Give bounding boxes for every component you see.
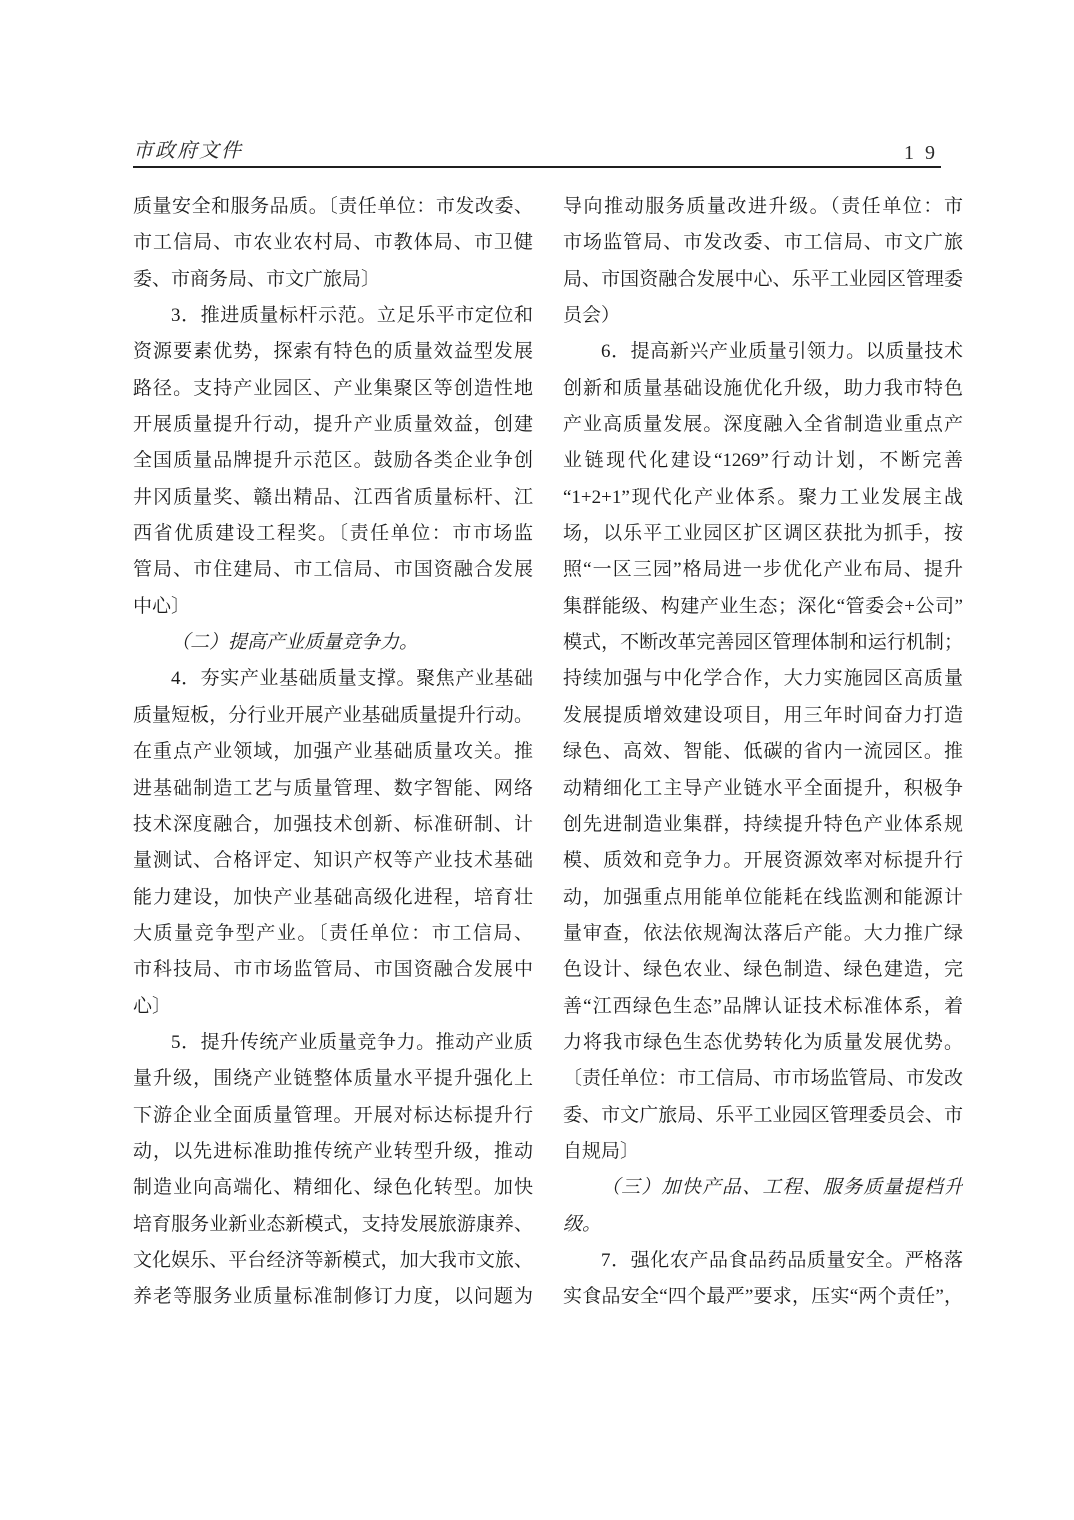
- text-line: 〔责任单位：市工信局、市市场监管局、市发改: [563, 1061, 963, 1097]
- text-line: 文化娱乐、平台经济等新模式，加大我市文旅、: [133, 1243, 533, 1279]
- text-line: 中心〕: [133, 589, 533, 625]
- text-line: 资源要素优势，探索有特色的质量效益型发展: [133, 334, 533, 370]
- text-line: 集群能级、构建产业生态；深化“管委会+公司”: [563, 589, 963, 625]
- text-line: 发展提质增效建设项目，用三年时间奋力打造: [563, 698, 963, 734]
- header-rule: [133, 166, 941, 168]
- text-line: 大质量竞争型产业。〔责任单位：市工信局、: [133, 916, 533, 952]
- text-line: 自规局〕: [563, 1134, 963, 1170]
- text-line: 模式，不断改革完善园区管理体制和运行机制；: [563, 625, 963, 661]
- text-line: 创新和质量基础设施优化升级，助力我市特色: [563, 371, 963, 407]
- text-line: 导向推动服务质量改进升级。（责任单位：市: [563, 189, 963, 225]
- text-line: 实食品安全“四个最严”要求，压实“两个责任”，: [563, 1279, 963, 1315]
- text-line: 质量安全和服务品质。〔责任单位：市发改委、: [133, 189, 533, 225]
- text-line: 全国质量品牌提升示范区。鼓励各类企业争创: [133, 443, 533, 479]
- text-line: 市工信局、市农业农村局、市教体局、市卫健: [133, 225, 533, 261]
- text-line: 绿色、高效、智能、低碳的省内一流园区。推: [563, 734, 963, 770]
- heading-line: （三）加快产品、工程、服务质量提档升: [563, 1170, 963, 1206]
- right-column: 导向推动服务质量改进升级。（责任单位：市市场监管局、市发改委、市工信局、市文广旅…: [563, 189, 963, 1316]
- text-line: 产业高质量发展。深度融入全省制造业重点产: [563, 407, 963, 443]
- document-page: 市政府文件 1 9 质量安全和服务品质。〔责任单位：市发改委、市工信局、市农业农…: [0, 0, 1074, 1520]
- page-number: 1 9: [904, 142, 938, 165]
- text-line: 西省优质建设工程奖。〔责任单位：市市场监: [133, 516, 533, 552]
- text-line: 5．提升传统产业质量竞争力。推动产业质: [133, 1025, 533, 1061]
- text-line: 养老等服务业质量标准制修订力度，以问题为: [133, 1279, 533, 1315]
- text-line: 量测试、合格评定、知识产权等产业技术基础: [133, 843, 533, 879]
- text-line: 动精细化工主导产业链水平全面提升，积极争: [563, 771, 963, 807]
- text-line: 量升级，围绕产业链整体质量水平提升强化上: [133, 1061, 533, 1097]
- paragraph: 4．夯实产业基础质量支撑。聚焦产业基础质量短板，分行业开展产业基础质量提升行动。…: [133, 661, 533, 1024]
- section-heading: （三）加快产品、工程、服务质量提档升级。: [563, 1170, 963, 1243]
- paragraph: 5．提升传统产业质量竞争力。推动产业质量升级，围绕产业链整体质量水平提升强化上下…: [133, 1025, 533, 1316]
- paragraph: 6．提高新兴产业质量引领力。以质量技术创新和质量基础设施优化升级，助力我市特色产…: [563, 334, 963, 1170]
- text-line: 色设计、绿色农业、绿色制造、绿色建造，完: [563, 952, 963, 988]
- text-line: 量审查，依法依规淘汰落后产能。大力推广绿: [563, 916, 963, 952]
- text-line: 井冈质量奖、赣出精品、江西省质量标杆、江: [133, 480, 533, 516]
- text-line: 动，以先进标准助推传统产业转型升级，推动: [133, 1134, 533, 1170]
- text-line: 在重点产业领域，加强产业基础质量攻关。推: [133, 734, 533, 770]
- heading-line: 级。: [563, 1207, 963, 1243]
- text-line: 照“一区三园”格局进一步优化产业布局、提升: [563, 552, 963, 588]
- text-line: 员会）: [563, 298, 963, 334]
- text-line: 业链现代化建设“1269”行动计划，不断完善: [563, 443, 963, 479]
- text-line: 创先进制造业集群，持续提升特色产业体系规: [563, 807, 963, 843]
- text-line: 下游企业全面质量管理。开展对标达标提升行: [133, 1098, 533, 1134]
- text-line: 进基础制造工艺与质量管理、数字智能、网络: [133, 771, 533, 807]
- text-line: 心〕: [133, 989, 533, 1025]
- text-line: 模、质效和竞争力。开展资源效率对标提升行: [563, 843, 963, 879]
- paragraph: 3．推进质量标杆示范。立足乐平市定位和资源要素优势，探索有特色的质量效益型发展路…: [133, 298, 533, 625]
- header-doc-type: 市政府文件: [133, 134, 243, 163]
- text-line: 场，以乐平工业园区扩区调区获批为抓手，按: [563, 516, 963, 552]
- text-line: 4．夯实产业基础质量支撑。聚焦产业基础: [133, 661, 533, 697]
- text-line: “1+2+1”现代化产业体系。聚力工业发展主战: [563, 480, 963, 516]
- text-line: 开展质量提升行动，提升产业质量效益，创建: [133, 407, 533, 443]
- text-line: 培育服务业新业态新模式，支持发展旅游康养、: [133, 1207, 533, 1243]
- text-line: 技术深度融合，加强技术创新、标准研制、计: [133, 807, 533, 843]
- paragraph: 导向推动服务质量改进升级。（责任单位：市市场监管局、市发改委、市工信局、市文广旅…: [563, 189, 963, 334]
- text-line: 路径。支持产业园区、产业集聚区等创造性地: [133, 371, 533, 407]
- text-line: 3．推进质量标杆示范。立足乐平市定位和: [133, 298, 533, 334]
- text-line: 管局、市住建局、市工信局、市国资融合发展: [133, 552, 533, 588]
- text-line: 质量短板，分行业开展产业基础质量提升行动。: [133, 698, 533, 734]
- section-heading: （二）提高产业质量竞争力。: [133, 625, 533, 661]
- text-line: 力将我市绿色生态优势转化为质量发展优势。: [563, 1025, 963, 1061]
- left-column: 质量安全和服务品质。〔责任单位：市发改委、市工信局、市农业农村局、市教体局、市卫…: [133, 189, 533, 1316]
- text-line: 市科技局、市市场监管局、市国资融合发展中: [133, 952, 533, 988]
- text-line: 7．强化农产品食品药品质量安全。严格落: [563, 1243, 963, 1279]
- text-line: 委、市商务局、市文广旅局〕: [133, 262, 533, 298]
- paragraph: 7．强化农产品食品药品质量安全。严格落实食品安全“四个最严”要求，压实“两个责任…: [563, 1243, 963, 1316]
- text-line: 局、市国资融合发展中心、乐平工业园区管理委: [563, 262, 963, 298]
- text-line: 委、市文广旅局、乐平工业园区管理委员会、市: [563, 1098, 963, 1134]
- paragraph: 质量安全和服务品质。〔责任单位：市发改委、市工信局、市农业农村局、市教体局、市卫…: [133, 189, 533, 298]
- text-line: 善“江西绿色生态”品牌认证技术标准体系，着: [563, 989, 963, 1025]
- heading-line: （二）提高产业质量竞争力。: [133, 625, 533, 661]
- text-line: 制造业向高端化、精细化、绿色化转型。加快: [133, 1170, 533, 1206]
- text-line: 持续加强与中化学合作，大力实施园区高质量: [563, 661, 963, 697]
- text-line: 市场监管局、市发改委、市工信局、市文广旅: [563, 225, 963, 261]
- text-line: 能力建设，加快产业基础高级化进程，培育壮: [133, 880, 533, 916]
- text-line: 6．提高新兴产业质量引领力。以质量技术: [563, 334, 963, 370]
- text-line: 动，加强重点用能单位能耗在线监测和能源计: [563, 880, 963, 916]
